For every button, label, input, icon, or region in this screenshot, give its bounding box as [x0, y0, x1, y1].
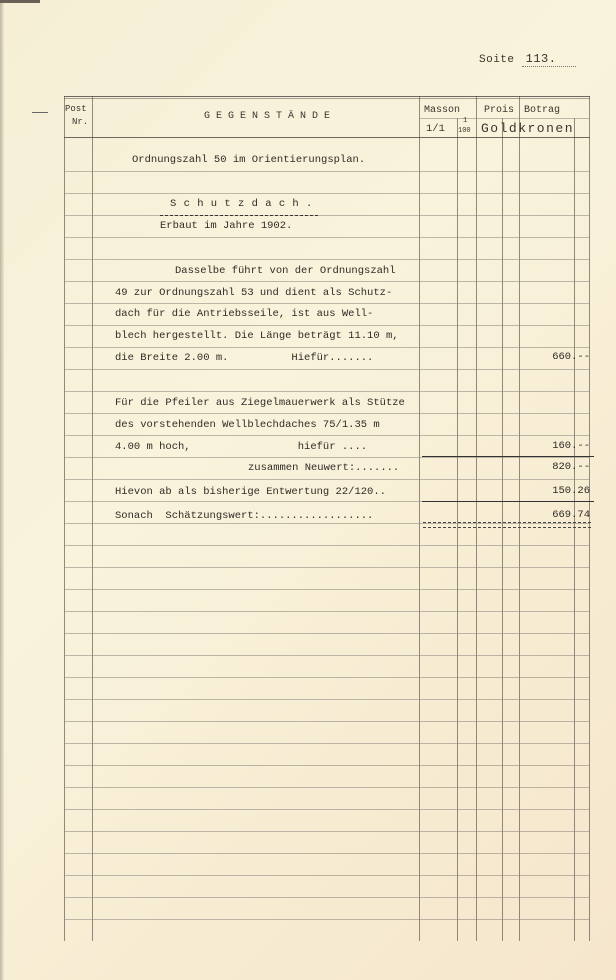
row-rule	[64, 809, 590, 810]
col-line	[457, 118, 458, 941]
row-rule	[64, 677, 590, 678]
row-rule	[64, 633, 590, 634]
page-number: Soite 113.	[479, 52, 576, 67]
row-rule	[64, 259, 590, 260]
entry-desc-line-1: Dasselbe führt von der Ordnungszahl	[175, 265, 396, 277]
masson-sub-2-den: 100	[458, 127, 471, 135]
row-rule	[64, 325, 590, 326]
paper-edge	[0, 0, 4, 980]
row-rule	[64, 435, 590, 436]
row-rule	[64, 303, 590, 304]
post-nr-header-2: Nr.	[72, 117, 88, 127]
entry-desc-line-5: die Breite 2.00 m. Hiefür.......	[115, 352, 373, 364]
row-rule	[64, 215, 590, 216]
header-top-rule-2	[64, 98, 590, 99]
title-underline	[160, 215, 318, 216]
row-rule	[64, 831, 590, 832]
row-rule	[64, 281, 590, 282]
row-rule	[64, 237, 590, 238]
row-rule	[64, 193, 590, 194]
entry-erbaut: Erbaut im Jahre 1902.	[160, 220, 292, 232]
header-top-rule	[64, 96, 590, 97]
col-line	[476, 96, 477, 941]
row-rule	[64, 589, 590, 590]
paper-edge-top	[0, 0, 40, 3]
entry-schaetzungswert: Sonach Schätzungswert:..................	[115, 510, 373, 522]
row-rule	[64, 567, 590, 568]
entry-pfeiler-line-3: 4.00 m hoch, hiefür ....	[115, 441, 367, 453]
betrag-header: Botrag	[524, 105, 560, 116]
page-number-value: 113.	[522, 52, 576, 67]
header-mid-rule	[419, 118, 590, 119]
entry-neuwert: zusammen Neuwert:.......	[248, 462, 399, 474]
amount-150-26: 150.26	[520, 485, 590, 497]
page-label: Soite	[479, 54, 515, 66]
amount-820: 820.--	[520, 461, 590, 473]
sum-rule	[422, 456, 594, 457]
col-line	[419, 96, 420, 941]
row-rule	[64, 457, 590, 458]
entry-entwertung: Hievon ab als bisherige Entwertung 22/12…	[115, 486, 386, 498]
entry-pfeiler-line-2: des vorstehenden Wellblechdaches 75/1.35…	[115, 419, 380, 431]
row-rule	[64, 897, 590, 898]
row-rule	[64, 545, 590, 546]
row-rule	[64, 347, 590, 348]
row-rule	[64, 787, 590, 788]
margin-mark	[32, 112, 48, 113]
row-rule	[64, 479, 590, 480]
amount-669-74: 669.74	[520, 509, 590, 521]
masson-header: Masson	[424, 105, 460, 116]
post-nr-header-1: Post	[65, 104, 87, 114]
masson-sub-1: 1/1	[426, 123, 445, 135]
row-rule	[64, 853, 590, 854]
amount-160: 160.--	[520, 440, 590, 452]
row-rule	[64, 765, 590, 766]
row-rule	[64, 743, 590, 744]
row-rule	[64, 413, 590, 414]
entry-desc-line-3: dach für die Antriebsseile, ist aus Well…	[115, 308, 373, 320]
masson-sub-2-num: 1	[463, 117, 467, 125]
col-line	[502, 118, 503, 941]
preis-header: Prois	[484, 105, 514, 116]
row-rule	[64, 699, 590, 700]
entry-pfeiler-line-1: Für die Pfeiler aus Ziegelmauerwerk als …	[115, 397, 405, 409]
header-bottom-rule	[64, 137, 590, 138]
col-line	[574, 118, 575, 941]
row-rule	[64, 655, 590, 656]
row-rule	[64, 391, 590, 392]
amount-660: 660.--	[520, 351, 590, 363]
row-rule	[64, 919, 590, 920]
row-rule	[64, 721, 590, 722]
currency-header: Goldkronen	[481, 121, 574, 136]
col-line	[92, 96, 93, 941]
row-rule	[64, 611, 590, 612]
row-rule	[64, 171, 590, 172]
difference-rule	[422, 501, 594, 502]
entry-desc-line-2: 49 zur Ordnungszahl 53 und dient als Sch…	[115, 287, 392, 299]
entry-ordnungszahl: Ordnungszahl 50 im Orientierungsplan.	[132, 154, 365, 166]
row-rule	[64, 875, 590, 876]
entry-desc-line-4: blech hergestellt. Die Länge beträgt 11.…	[115, 330, 399, 342]
entry-title-schutzdach: S c h u t z d a c h .	[170, 198, 313, 210]
gegenstaende-header: G E G E N S T Ä N D E	[204, 111, 330, 122]
total-double-rule	[423, 522, 591, 528]
row-rule	[64, 369, 590, 370]
col-line	[64, 96, 65, 941]
